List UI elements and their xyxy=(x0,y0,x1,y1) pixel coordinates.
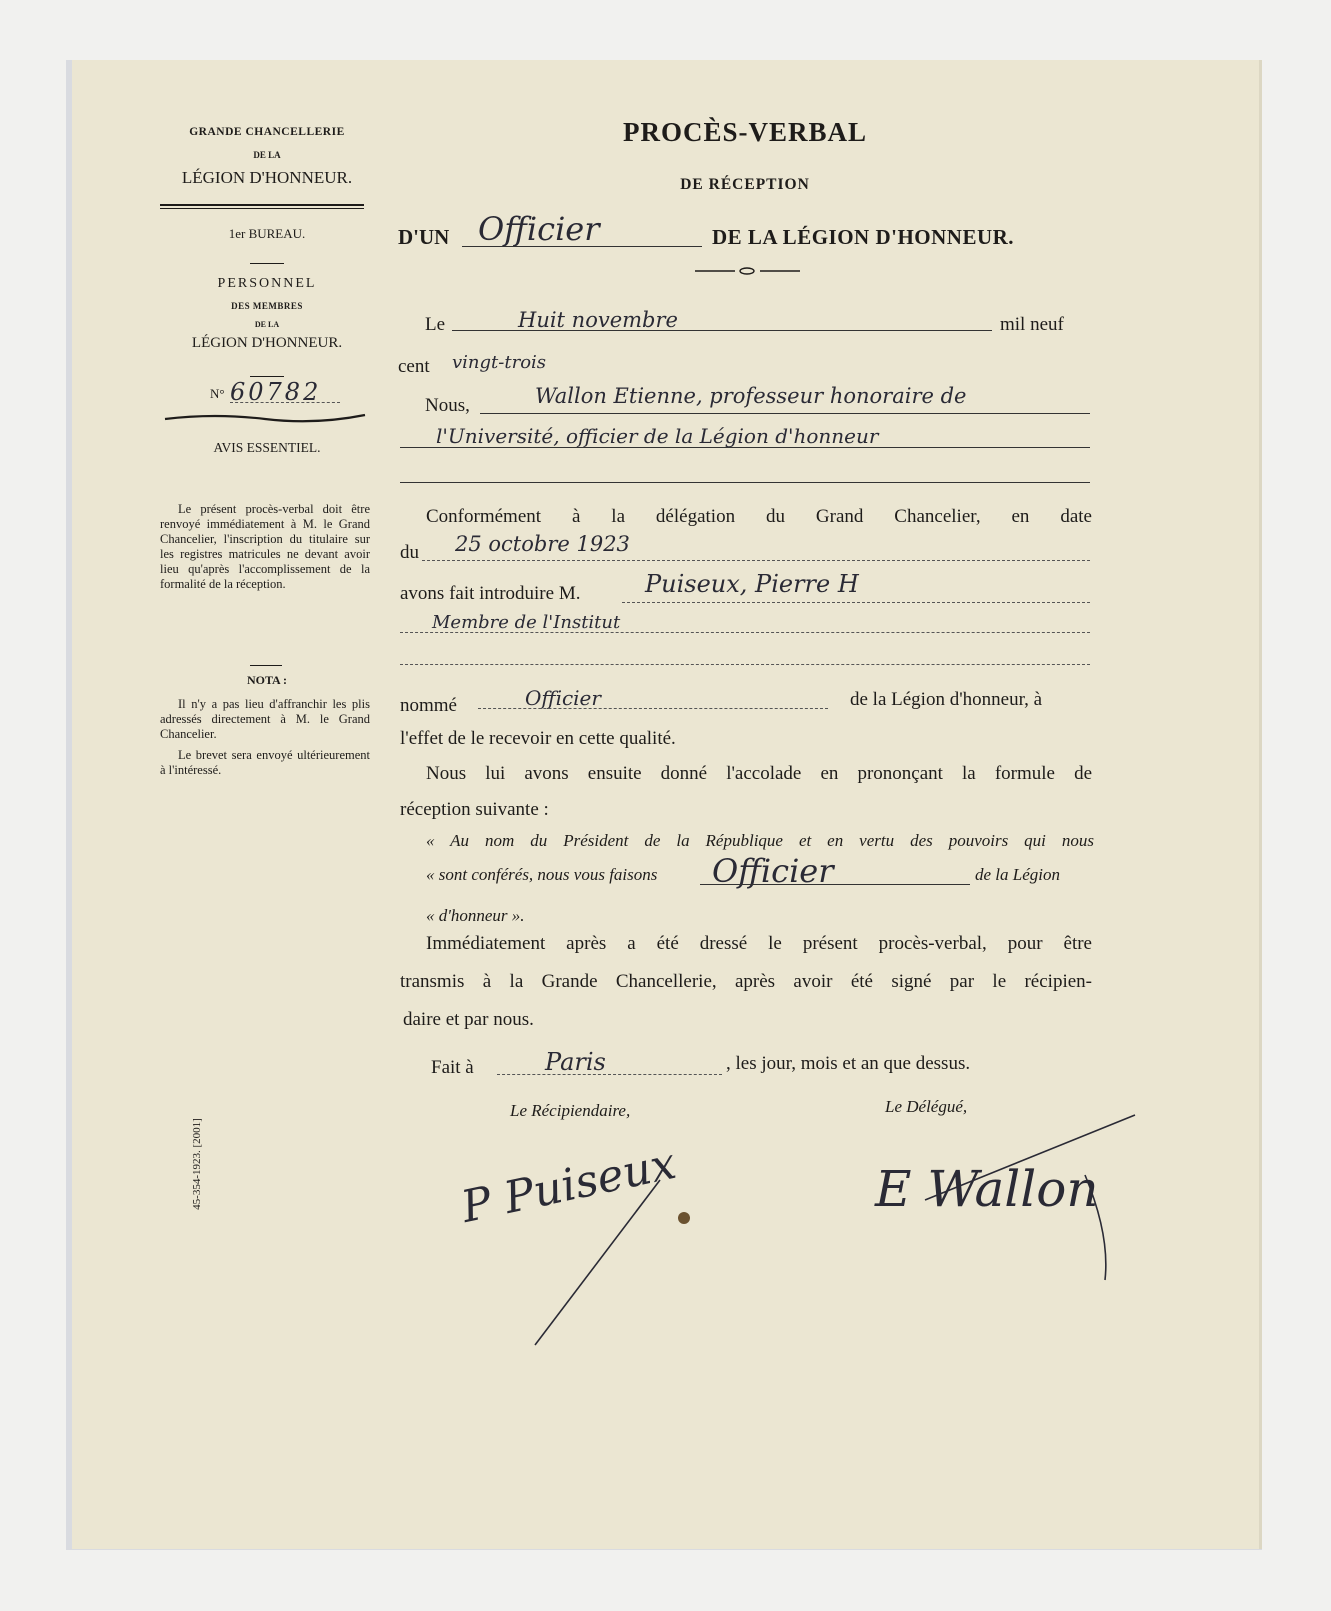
delegate-line-rule-2 xyxy=(400,447,1090,448)
document-title: PROCÈS-VERBAL xyxy=(560,117,930,148)
recipient-line-1: Puiseux, Pierre H xyxy=(645,570,859,598)
le-label: Le xyxy=(425,314,445,336)
recipient-line-2: Membre de l'Institut xyxy=(432,612,620,633)
divider xyxy=(250,376,284,377)
formula-line-2a: « sont conférés, nous vous faisons xyxy=(426,865,657,885)
delegation-date-line xyxy=(422,560,1090,561)
org-line-2: DE LA xyxy=(162,150,372,160)
formula-line-1: « Au nom du Président de la République e… xyxy=(426,831,1094,851)
avis-title: AVIS ESSENTIEL. xyxy=(162,440,372,456)
delegate-line-rule-3 xyxy=(400,482,1090,483)
bureau: 1er BUREAU. xyxy=(162,226,372,242)
nota-text-1: Il n'y a pas lieu d'affranchir les plis … xyxy=(160,697,370,742)
recipient-line-rule-3 xyxy=(400,664,1090,665)
divider-double-top xyxy=(160,204,364,206)
delegate-signature-flourish xyxy=(925,1115,1140,1285)
org-line-1: GRANDE CHANCELLERIE xyxy=(162,126,372,138)
delegate-line-rule-1 xyxy=(480,413,1090,414)
immediat-text-3: daire et par nous. xyxy=(403,1009,534,1031)
fait-label: Fait à xyxy=(431,1057,474,1079)
nomme-line xyxy=(478,708,828,709)
document-subtitle: DE RÉCEPTION xyxy=(560,176,930,194)
nomme-suffix: de la Légion d'honneur, à xyxy=(850,689,1042,711)
dun-label: D'UN xyxy=(398,225,449,250)
delegate-line-2: l'Université, officier de la Légion d'ho… xyxy=(436,424,878,448)
effet-text: l'effet de le recevoir en cette qualité. xyxy=(400,728,676,750)
formula-line-3: « d'honneur ». xyxy=(426,906,525,926)
avis-text: Le présent procès-verbal doit être renvo… xyxy=(160,502,370,592)
personnel-line-2: DES MEMBRES xyxy=(162,301,372,311)
formula-grade-line xyxy=(700,884,970,885)
personnel-line-4: LÉGION D'HONNEUR. xyxy=(162,335,372,352)
print-reference: 45-354-1923. [2001] xyxy=(191,1079,203,1249)
nomme-label: nommé xyxy=(400,695,457,717)
personnel-line-1: PERSONNEL xyxy=(162,276,372,292)
cent-label: cent xyxy=(398,356,430,378)
delegate-signature-label: Le Délégué, xyxy=(885,1097,967,1117)
accolade-text-1: Nous lui avons ensuite donné l'accolade … xyxy=(426,763,1092,785)
divider xyxy=(250,665,282,666)
nomme-grade: Officier xyxy=(525,686,601,710)
fait-place-line xyxy=(497,1074,722,1075)
grade-line xyxy=(462,246,702,247)
grade-handwritten: Officier xyxy=(478,210,600,248)
delegation-date: 25 octobre 1923 xyxy=(455,532,630,556)
conformement-text: Conformément à la délégation du Grand Ch… xyxy=(426,506,1092,528)
punch-hole xyxy=(678,1212,690,1224)
fait-suffix: , les jour, mois et an que dessus. xyxy=(726,1053,970,1075)
recipient-signature-flourish xyxy=(535,1180,665,1350)
legion-label: DE LA LÉGION D'HONNEUR. xyxy=(712,225,1014,250)
number-line xyxy=(230,402,340,403)
divider xyxy=(250,263,284,264)
date-handwritten: Huit novembre xyxy=(518,308,678,332)
accolade-text-2: réception suivante : xyxy=(400,799,549,821)
year-handwritten: vingt-trois xyxy=(452,352,546,373)
nous-label: Nous, xyxy=(425,395,470,417)
fait-place: Paris xyxy=(545,1048,606,1076)
formula-line-2b: de la Légion xyxy=(975,865,1060,885)
ornamental-rule xyxy=(165,405,365,435)
immediat-text-1: Immédiatement après a été dressé le prés… xyxy=(426,933,1092,955)
personnel-line-3: DE LA xyxy=(162,320,372,329)
immediat-text-2: transmis à la Grande Chancellerie, après… xyxy=(400,971,1092,993)
recipient-signature-label: Le Récipiendaire, xyxy=(510,1101,630,1121)
mil-neuf-label: mil neuf xyxy=(1000,314,1064,336)
recipient-line-rule-2 xyxy=(400,632,1090,633)
delegate-line-1: Wallon Etienne, professeur honoraire de xyxy=(535,384,966,408)
nota-title: NOTA : xyxy=(162,673,372,688)
number-label: N° xyxy=(210,386,225,402)
divider-double-bottom xyxy=(160,208,364,209)
introduire-label: avons fait introduire M. xyxy=(400,583,580,605)
nota-text-2: Le brevet sera envoyé ultérieurement à l… xyxy=(160,748,370,778)
recipient-line-rule-1 xyxy=(622,602,1090,603)
du-label: du xyxy=(400,542,419,564)
org-line-3: LÉGION D'HONNEUR. xyxy=(162,168,372,188)
ornament-icon xyxy=(695,265,800,277)
date-line xyxy=(452,330,992,331)
